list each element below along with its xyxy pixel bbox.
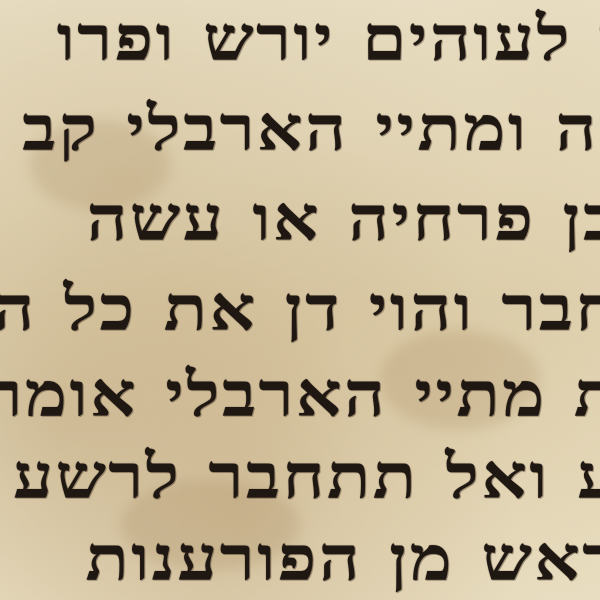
manuscript-line-6: ע ואל תתחבר לרשע (13, 440, 600, 514)
manuscript-line-1: ו לעוהים יורש ופרו (57, 2, 600, 76)
manuscript-line-7: ראש מן הפורענות (86, 522, 600, 596)
manuscript-line-2: יה ומתיי הארבלי קב (22, 92, 600, 166)
manuscript-line-5: ת מתיי הארבלי אומר (0, 358, 600, 432)
manuscript-line-3: בן פרחיה או עשה (87, 182, 600, 256)
manuscript-line-4: חבר והוי דן את כל ה (0, 272, 600, 346)
